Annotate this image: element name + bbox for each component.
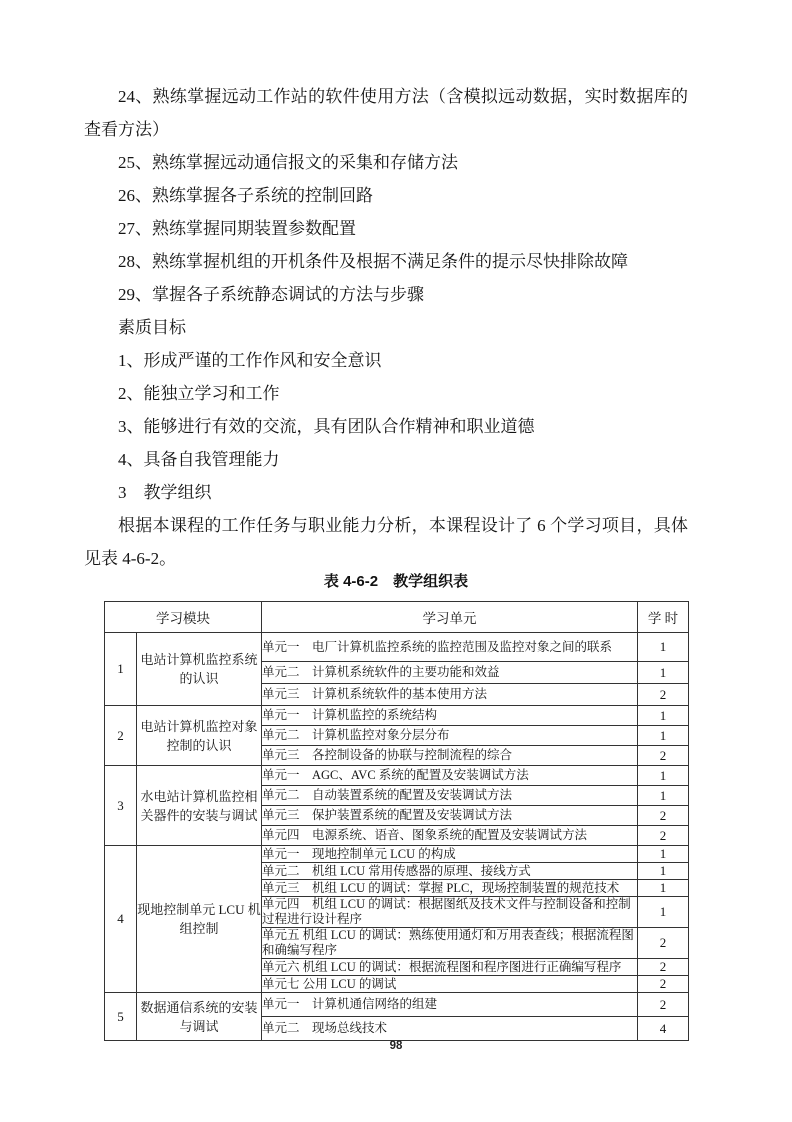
unit-cell: 单元二 计算机监控对象分层分布 [262, 726, 638, 746]
paragraph: 25、熟练掌握远动通信报文的采集和存储方法 [84, 146, 688, 179]
hours-cell: 1 [638, 846, 689, 863]
module-name: 电站计算机监控对象控制的认识 [137, 706, 262, 766]
hours-cell: 2 [638, 976, 689, 993]
hours-cell: 1 [638, 662, 689, 684]
unit-row: 2电站计算机监控对象控制的认识单元一 计算机监控的系统结构1 [105, 706, 689, 726]
module-name: 现地控制单元 LCU 机组控制 [137, 846, 262, 993]
module-name: 电站计算机监控系统的认识 [137, 633, 262, 706]
hours-cell: 2 [638, 746, 689, 766]
table-body: 1电站计算机监控系统的认识单元一 电厂计算机监控系统的监控范围及监控对象之间的联… [105, 633, 689, 1041]
unit-cell: 单元一 电厂计算机监控系统的监控范围及监控对象之间的联系 [262, 633, 638, 662]
hours-cell: 1 [638, 897, 689, 928]
unit-row: 5数据通信系统的安装与调试单元一 计算机通信网络的组建2 [105, 993, 689, 1017]
hours-cell: 1 [638, 766, 689, 786]
unit-row: 3水电站计算机监控相关器件的安装与调试单元一 AGC、AVC 系统的配置及安装调… [105, 766, 689, 786]
paragraph: 27、熟练掌握同期装置参数配置 [84, 212, 688, 245]
hours-cell: 1 [638, 786, 689, 806]
paragraph: 4、具备自我管理能力 [84, 443, 688, 476]
paragraph: 28、熟练掌握机组的开机条件及根据不满足条件的提示尽快排除故障 [84, 245, 688, 278]
paragraph: 2、能独立学习和工作 [84, 377, 688, 410]
paragraph: 3、能够进行有效的交流，具有团队合作精神和职业道德 [84, 410, 688, 443]
page-number: 98 [0, 1040, 792, 1052]
unit-cell: 单元五 机组 LCU 的调试：熟练使用通灯和万用表查线；根据流程图和确编写程序 [262, 928, 638, 959]
module-name: 数据通信系统的安装与调试 [137, 993, 262, 1041]
unit-cell: 单元三 各控制设备的协联与控制流程的综合 [262, 746, 638, 766]
module-name: 水电站计算机监控相关器件的安装与调试 [137, 766, 262, 846]
unit-cell: 单元七 公用 LCU 的调试 [262, 976, 638, 993]
module-number: 2 [105, 706, 137, 766]
module-number: 4 [105, 846, 137, 993]
unit-cell: 单元三 计算机系统软件的基本使用方法 [262, 684, 638, 706]
hours-cell: 2 [638, 826, 689, 846]
unit-cell: 单元六 机组 LCU 的调试：根据流程图和程序图进行正确编写程序 [262, 959, 638, 976]
unit-cell: 单元三 保护装置系统的配置及安装调试方法 [262, 806, 638, 826]
paragraph: 26、熟练掌握各子系统的控制回路 [84, 179, 688, 212]
hours-cell: 2 [638, 928, 689, 959]
hours-cell: 2 [638, 806, 689, 826]
body-text: 24、熟练掌握远动工作站的软件使用方法（含模拟远动数据，实时数据库的查看方法）2… [84, 80, 688, 575]
hours-cell: 1 [638, 880, 689, 897]
unit-row: 4现地控制单元 LCU 机组控制单元一 现地控制单元 LCU 的构成1 [105, 846, 689, 863]
paragraph: 1、形成严谨的工作作风和安全意识 [84, 344, 688, 377]
module-number: 1 [105, 633, 137, 706]
paragraph: 3 教学组织 [84, 476, 688, 509]
hours-cell: 1 [638, 863, 689, 880]
unit-row: 1电站计算机监控系统的认识单元一 电厂计算机监控系统的监控范围及监控对象之间的联… [105, 633, 689, 662]
paragraph: 素质目标 [84, 311, 688, 344]
unit-cell: 单元一 现地控制单元 LCU 的构成 [262, 846, 638, 863]
unit-cell: 单元二 计算机系统软件的主要功能和效益 [262, 662, 638, 684]
header-hours: 学 时 [638, 602, 689, 633]
unit-cell: 单元二 机组 LCU 常用传感器的原理、接线方式 [262, 863, 638, 880]
hours-cell: 2 [638, 959, 689, 976]
paragraph: 根据本课程的工作任务与职业能力分析，本课程设计了 6 个学习项目，具体见表 4-… [84, 509, 688, 575]
hours-cell: 1 [638, 633, 689, 662]
teaching-organization-table: 学习模块 学习单元 学 时 1电站计算机监控系统的认识单元一 电厂计算机监控系统… [104, 601, 689, 1041]
paragraph: 24、熟练掌握远动工作站的软件使用方法（含模拟远动数据，实时数据库的查看方法） [84, 80, 688, 146]
unit-cell: 单元一 AGC、AVC 系统的配置及安装调试方法 [262, 766, 638, 786]
unit-cell: 单元二 自动装置系统的配置及安装调试方法 [262, 786, 638, 806]
header-learning-module: 学习模块 [105, 602, 262, 633]
module-number: 3 [105, 766, 137, 846]
table-header-row: 学习模块 学习单元 学 时 [105, 602, 689, 633]
document-page: 24、熟练掌握远动工作站的软件使用方法（含模拟远动数据，实时数据库的查看方法）2… [0, 0, 792, 1122]
table-caption: 表 4-6-2 教学组织表 [0, 570, 792, 591]
unit-cell: 单元三 机组 LCU 的调试：掌握 PLC，现场控制装置的规范技术 [262, 880, 638, 897]
hours-cell: 2 [638, 993, 689, 1017]
hours-cell: 4 [638, 1017, 689, 1041]
hours-cell: 1 [638, 726, 689, 746]
module-number: 5 [105, 993, 137, 1041]
hours-cell: 2 [638, 684, 689, 706]
unit-cell: 单元四 机组 LCU 的调试：根据图纸及技术文件与控制设备和控制过程进行设计程序 [262, 897, 638, 928]
paragraph: 29、掌握各子系统静态调试的方法与步骤 [84, 278, 688, 311]
header-learning-unit: 学习单元 [262, 602, 638, 633]
hours-cell: 1 [638, 706, 689, 726]
unit-cell: 单元一 计算机监控的系统结构 [262, 706, 638, 726]
unit-cell: 单元一 计算机通信网络的组建 [262, 993, 638, 1017]
unit-cell: 单元四 电源系统、语音、图象系统的配置及安装调试方法 [262, 826, 638, 846]
unit-cell: 单元二 现场总线技术 [262, 1017, 638, 1041]
